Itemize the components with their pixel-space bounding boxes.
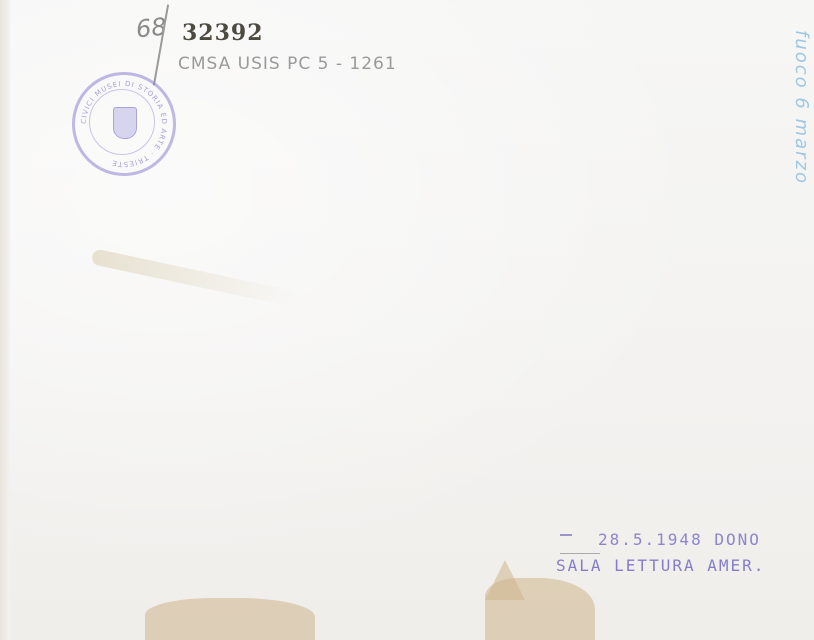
museum-seal: CIVICI MUSEI DI STORIA ED ARTE · TRIESTE	[72, 72, 176, 176]
coat-of-arms-shield-icon	[113, 107, 137, 139]
donation-date-stamp: 28.5.1948 DONO	[598, 530, 761, 549]
stamp-underline	[560, 553, 600, 554]
paper-edge	[0, 0, 10, 640]
donation-source-stamp: SALA LETTURA AMER.	[556, 556, 765, 575]
stamp-mark	[560, 534, 572, 536]
inventory-number-stamp: 32392	[182, 20, 264, 46]
glue-stain-left	[145, 598, 315, 640]
vertical-handwritten-note: fuoco 6 marzo	[791, 30, 812, 185]
catalog-code: CMSA USIS PC 5 - 1261	[178, 54, 397, 74]
